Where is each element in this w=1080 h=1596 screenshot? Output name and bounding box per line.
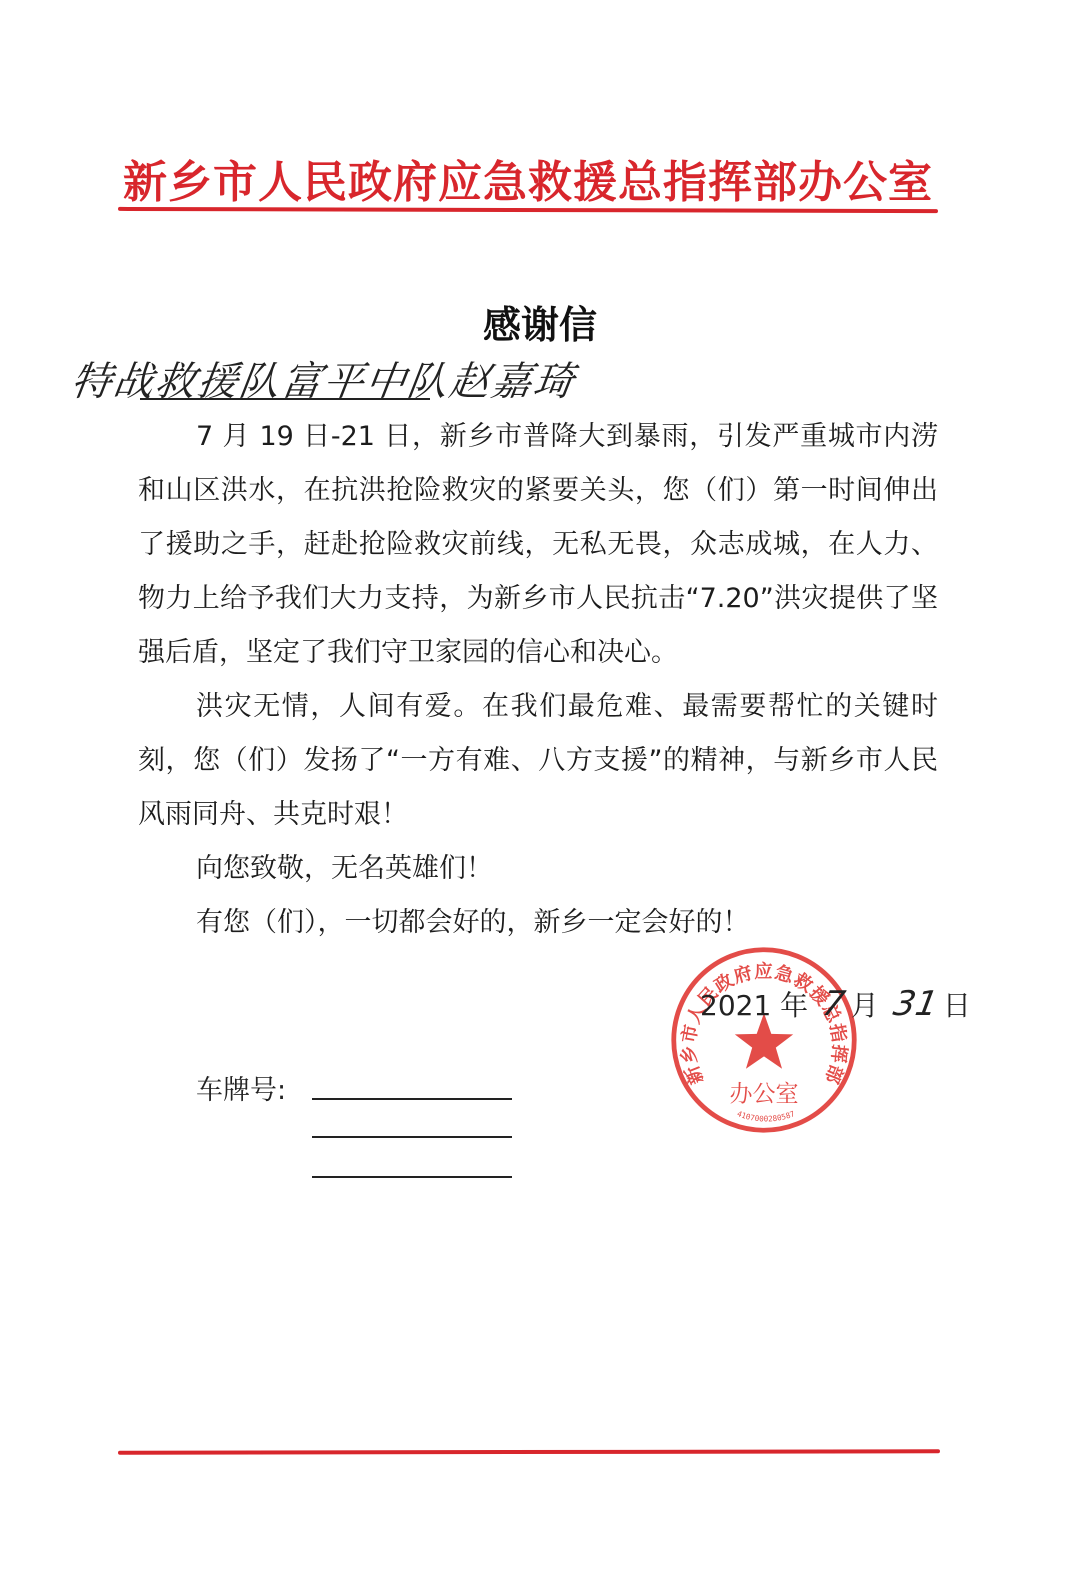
seal-center-text: 办公室 [729,1081,798,1107]
document-title: 感谢信 [0,294,1080,349]
paragraph-2: 洪灾无情，人间有爱。在我们最危难、最需要帮忙的关键时刻，您（们）发扬了“一方有难… [138,680,938,842]
date-month-suffix: 月 [851,989,879,1022]
date-year-suffix: 年 [780,989,808,1022]
letter-body: 7 月 19 日-21 日，新乡市普降大到暴雨，引发严重城市内涝和山区洪水，在抗… [138,410,938,950]
date-day-suffix: 日 [943,989,971,1022]
letterhead-organization: 新乡市人民政府应急救援总指挥部办公室 [118,146,938,210]
letterhead-top-rule [118,207,938,213]
recipient-underline [140,398,430,400]
paragraph-1: 7 月 19 日-21 日，新乡市普降大到暴雨，引发严重城市内涝和山区洪水，在抗… [138,410,938,680]
seal-serial: 4107000280587 [736,1109,797,1124]
paragraph-3: 向您致敬，无名英雄们！ [138,842,938,896]
date-month-handwritten: 7 [820,984,849,1024]
footer-rule [118,1449,940,1454]
date-day-handwritten: 31 [890,984,940,1024]
plate-number-blank-2 [312,1136,512,1138]
paragraph-4: 有您（们），一切都会好的，新乡一定会好的！ [138,896,938,950]
svg-text:4107000280587: 4107000280587 [736,1109,797,1124]
signing-date: 2021 年 7月 31日 [700,984,971,1024]
plate-number-blank-3 [312,1176,512,1178]
date-year: 2021 [700,989,771,1022]
plate-number-blank-1 [312,1098,512,1100]
official-seal: 新乡市人民政府应急救援总指挥部 办公室 4107000280587 [668,944,860,1136]
plate-number-label: 车牌号: [196,1068,286,1107]
